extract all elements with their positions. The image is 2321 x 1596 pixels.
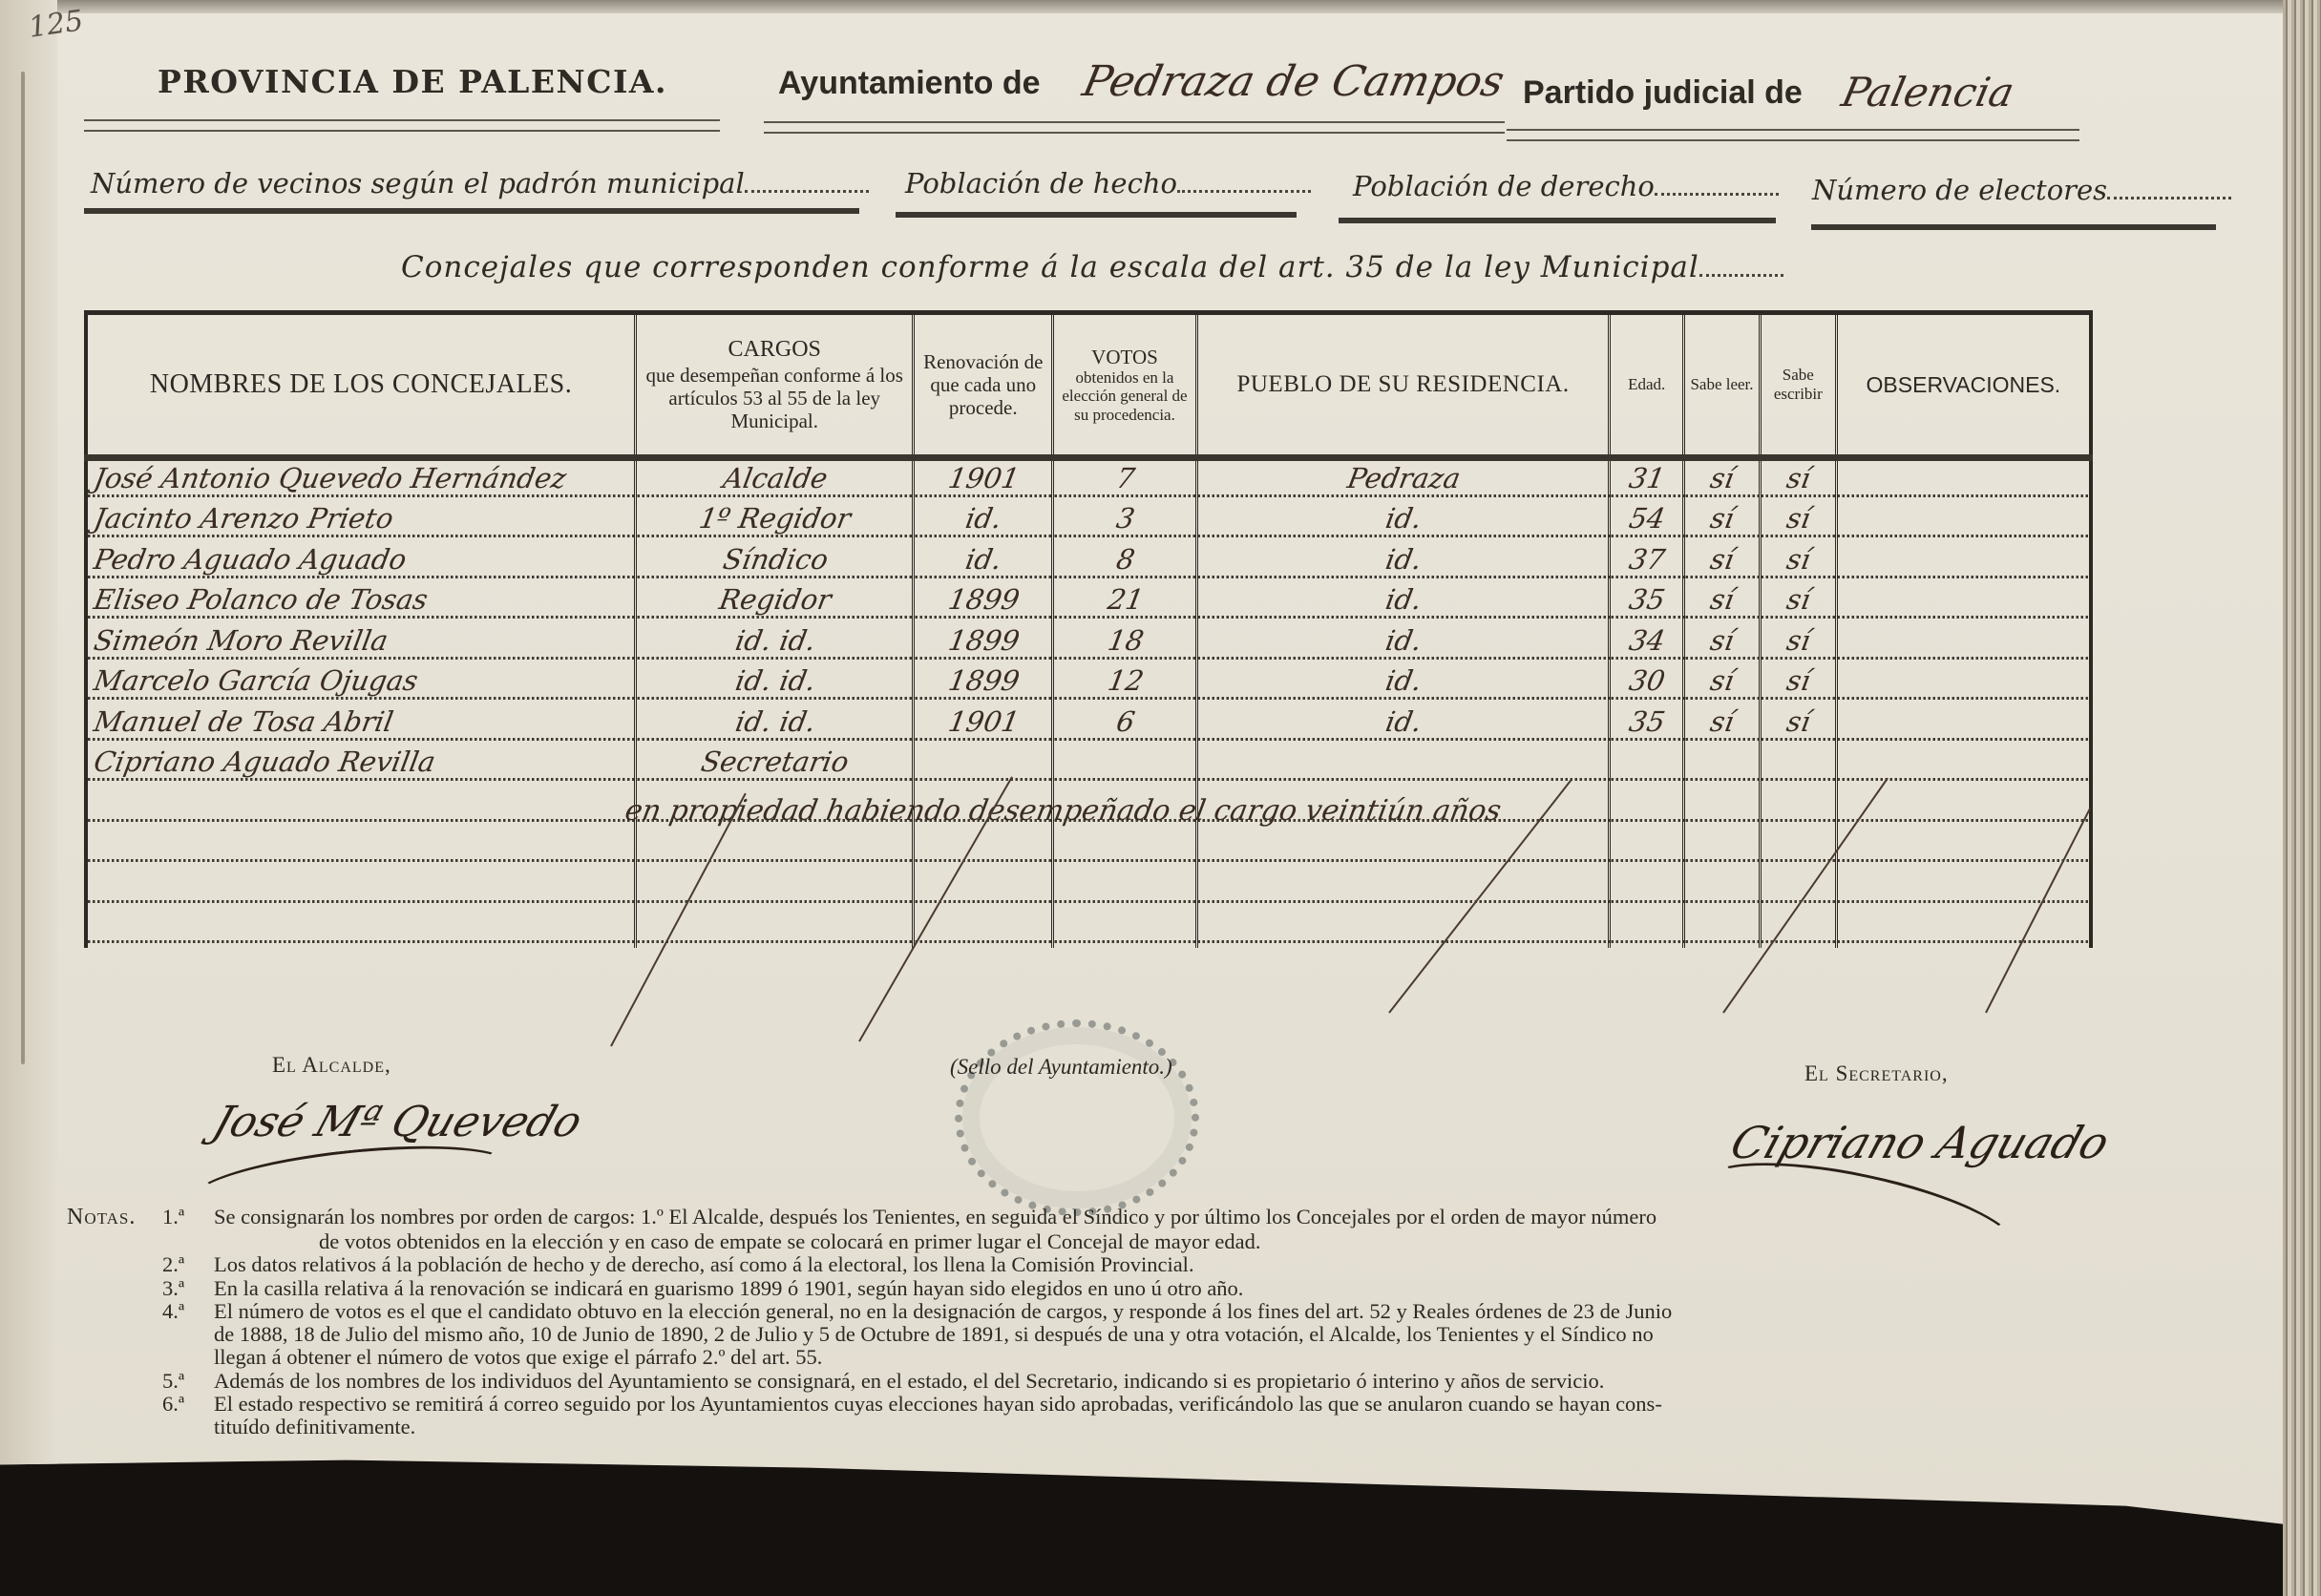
note-item: 6.ªEl estado respectivo se remitirá á co… — [67, 1393, 2234, 1416]
col-header-renovacion: Renovación de que cada uno procede. — [914, 313, 1053, 458]
cell-renovacion — [914, 908, 1053, 949]
partido-judicial-value: Palencia — [1838, 69, 2018, 115]
renovacion-value: 1901 — [944, 462, 1022, 502]
renovacion-value: 1901 — [944, 705, 1022, 745]
cell-observaciones — [1836, 786, 2091, 827]
cell-renovacion — [914, 867, 1053, 908]
edad-value: 34 — [1626, 624, 1668, 664]
pueblo-value — [1403, 935, 1403, 943]
escribir-value — [1798, 773, 1799, 781]
cargo-value: id. id. — [731, 624, 818, 664]
cell-cargo: Regidor — [636, 583, 914, 624]
pueblo-value: id. — [1382, 664, 1424, 704]
electores-field: Número de electores — [1812, 174, 2231, 206]
edad-value: 30 — [1626, 664, 1668, 704]
note-item: 5.ªAdemás de los nombres de los individu… — [67, 1370, 2234, 1393]
nombre-value: Eliseo Polanco de Tosas — [90, 583, 430, 623]
observaciones-value — [1843, 935, 1844, 943]
notes-label-spacer — [67, 1277, 162, 1300]
votos-value: 3 — [1112, 502, 1137, 542]
votos-value: 7 — [1112, 462, 1137, 502]
vecinos-label: Número de vecinos según el padrón munici… — [91, 167, 745, 199]
cell-edad — [1610, 908, 1684, 949]
nombre-value — [93, 895, 94, 903]
cell-pueblo: id. — [1196, 583, 1609, 624]
binding-margin — [0, 0, 57, 1527]
table-row — [86, 867, 2091, 908]
table-row: Jacinto Arenzo Prieto1º Regidorid.3id.54… — [86, 502, 2091, 543]
cell-escribir: sí — [1760, 458, 1836, 502]
alcalde-signature: José Mª Quevedo — [207, 1098, 588, 1146]
nombre-value: Manuel de Tosa Abril — [90, 705, 395, 745]
cell-votos: 18 — [1053, 623, 1197, 664]
poblacion-derecho-value — [1655, 193, 1779, 196]
cell-escribir: sí — [1760, 502, 1836, 543]
escribir-value: sí — [1783, 502, 1814, 542]
renovacion-value — [982, 895, 983, 903]
cell-nombre: Eliseo Polanco de Tosas — [86, 583, 636, 624]
leer-value: sí — [1707, 543, 1738, 583]
observaciones-value — [1843, 611, 1844, 619]
cell-escribir — [1760, 827, 1836, 868]
cell-escribir — [1760, 867, 1836, 908]
col-header-observaciones: OBSERVACIONES. — [1836, 313, 2091, 458]
cell-votos: 7 — [1053, 458, 1197, 502]
votos-value: 12 — [1104, 664, 1146, 704]
cell-escribir: sí — [1760, 704, 1836, 745]
cell-cargo: Síndico — [636, 542, 914, 583]
ayuntamiento-seal — [955, 1019, 1199, 1216]
escribir-value — [1798, 935, 1799, 943]
cell-votos — [1053, 827, 1197, 868]
votos-value: 8 — [1112, 543, 1137, 583]
secretario-signature: Cipriano Aguado — [1724, 1117, 2116, 1168]
observaciones-value — [1843, 490, 1844, 497]
cell-edad: 34 — [1610, 623, 1684, 664]
cell-nombre: José Antonio Quevedo Hernández — [86, 458, 636, 502]
note-number: 5.ª — [162, 1370, 214, 1393]
pueblo-value: id. — [1382, 502, 1424, 542]
table-row — [86, 827, 2091, 868]
cell-edad: 31 — [1610, 458, 1684, 502]
col-header-sabe-escribir: Sabe escribir — [1760, 313, 1836, 458]
cell-votos: 8 — [1053, 542, 1197, 583]
nombre-value: Marcelo García Ojugas — [90, 664, 420, 704]
col-header-votos: VOTOS obtenidos en la elección general d… — [1053, 313, 1197, 458]
cell-pueblo — [1196, 745, 1609, 787]
cargo-value — [774, 935, 775, 943]
cell-observaciones — [1836, 827, 2091, 868]
cargo-value: id. id. — [731, 705, 818, 745]
concejales-table: NOMBRES DE LOS CONCEJALES. CARGOS que de… — [84, 310, 2093, 948]
leer-value: sí — [1707, 705, 1738, 745]
field-rule-4 — [1811, 224, 2216, 230]
cargo-value: Alcalde — [719, 462, 830, 502]
observaciones-value — [1843, 530, 1844, 537]
escribir-value — [1798, 854, 1799, 862]
binding-thread — [21, 72, 25, 1064]
col-header-pueblo: PUEBLO DE SU RESIDENCIA. — [1196, 313, 1609, 458]
cell-pueblo: id. — [1196, 664, 1609, 705]
escribir-value: sí — [1783, 705, 1814, 745]
cell-observaciones — [1836, 908, 2091, 949]
partido-judicial-label: Partido judicial de — [1523, 74, 1803, 112]
cell-nombre — [86, 786, 636, 827]
observaciones-value — [1843, 895, 1844, 903]
cell-renovacion: 1901 — [914, 458, 1053, 502]
cell-edad: 37 — [1610, 542, 1684, 583]
cell-votos: 12 — [1053, 664, 1197, 705]
cell-cargo: id. id. — [636, 664, 914, 705]
votos-value — [1124, 895, 1125, 903]
cell-edad: 30 — [1610, 664, 1684, 705]
leer-value: sí — [1707, 664, 1738, 704]
cargos-subtitle: que desempeñan conforme á los artículos … — [641, 364, 908, 432]
cell-cargo — [636, 867, 914, 908]
col-header-nombres: NOMBRES DE LOS CONCEJALES. — [86, 313, 636, 458]
field-rule-2 — [896, 212, 1297, 218]
cell-cargo: Secretario — [636, 745, 914, 787]
edad-value: 37 — [1626, 543, 1668, 583]
note-continuation: llegan á obtener el número de votos que … — [67, 1346, 2234, 1369]
cell-renovacion: 1899 — [914, 623, 1053, 664]
cell-renovacion: 1899 — [914, 664, 1053, 705]
cell-votos: 3 — [1053, 502, 1197, 543]
notes-label-spacer — [67, 1300, 162, 1323]
cell-observaciones — [1836, 583, 2091, 624]
cell-renovacion: 1901 — [914, 704, 1053, 745]
notes-section: Notas.1.ªSe consignarán los nombres por … — [67, 1206, 2234, 1439]
escribir-value: sí — [1783, 583, 1814, 623]
electores-label: Número de electores — [1812, 174, 2107, 206]
nombre-value — [93, 854, 94, 862]
leer-value: sí — [1707, 624, 1738, 664]
edad-value — [1646, 854, 1647, 862]
alcalde-label: El Alcalde, — [272, 1053, 391, 1078]
note-number: 1.ª — [162, 1206, 214, 1230]
cell-votos — [1053, 867, 1197, 908]
cell-observaciones — [1836, 502, 2091, 543]
table-row: José Antonio Quevedo HernándezAlcalde190… — [86, 458, 2091, 502]
cell-nombre: Simeón Moro Revilla — [86, 623, 636, 664]
cell-observaciones — [1836, 745, 2091, 787]
cell-pueblo — [1196, 908, 1609, 949]
electores-value — [2107, 197, 2231, 199]
page-top-edge — [0, 0, 2321, 13]
nombre-value — [93, 935, 94, 943]
cell-observaciones — [1836, 704, 2091, 745]
cell-escribir: sí — [1760, 664, 1836, 705]
notes-label-spacer — [67, 1370, 162, 1393]
note-continuation: de votos obtenidos en la elección y en c… — [67, 1230, 2234, 1253]
leer-value — [1721, 814, 1722, 822]
nombre-value: Cipriano Aguado Revilla — [90, 745, 437, 786]
cell-observaciones — [1836, 458, 2091, 502]
notes-label: Notas. — [67, 1206, 162, 1230]
renovacion-value: 1899 — [944, 664, 1022, 704]
col-header-edad: Edad. — [1610, 313, 1684, 458]
edad-value — [1646, 895, 1647, 903]
votos-value: 21 — [1104, 583, 1146, 623]
table-row: Manuel de Tosa Abrilid. id.19016id.35sís… — [86, 704, 2091, 745]
cell-edad — [1610, 786, 1684, 827]
cell-leer: sí — [1684, 704, 1761, 745]
votos-title: VOTOS — [1058, 346, 1192, 368]
edad-value: 31 — [1626, 462, 1668, 502]
note-continuation: tituído definitivamente. — [67, 1416, 2234, 1438]
pueblo-value — [1403, 854, 1403, 862]
leer-value — [1721, 854, 1722, 862]
leer-value — [1721, 773, 1722, 781]
poblacion-derecho-label: Población de derecho — [1353, 170, 1655, 202]
cell-leer: sí — [1684, 623, 1761, 664]
pueblo-value: id. — [1382, 543, 1424, 583]
note-number: 4.ª — [162, 1300, 214, 1323]
escribir-value: sí — [1783, 664, 1814, 704]
cargo-value: Regidor — [715, 583, 833, 623]
cargo-value — [774, 895, 775, 903]
col-header-sabe-leer: Sabe leer. — [1684, 313, 1761, 458]
edad-value — [1646, 773, 1647, 781]
votos-value: 18 — [1104, 624, 1146, 664]
ayuntamiento-label: Ayuntamiento de — [778, 65, 1041, 102]
nombre-value: Simeón Moro Revilla — [90, 624, 390, 664]
note-item: 4.ªEl número de votos es el que el candi… — [67, 1300, 2234, 1323]
note-text: Además de los nombres de los individuos … — [214, 1370, 2234, 1393]
cell-pueblo: id. — [1196, 542, 1609, 583]
cell-leer — [1684, 827, 1761, 868]
cell-renovacion — [914, 827, 1053, 868]
cell-leer — [1684, 745, 1761, 787]
cell-edad — [1610, 827, 1684, 868]
cell-pueblo: Pedraza — [1196, 458, 1609, 502]
cell-leer — [1684, 786, 1761, 827]
cell-nombre — [86, 908, 636, 949]
note-continuation: de 1888, 18 de Julio del mismo año, 10 d… — [67, 1323, 2234, 1346]
votos-value — [1124, 935, 1125, 943]
cell-votos — [1053, 908, 1197, 949]
ayuntamiento-value: Pedraza de Campos — [1079, 57, 1509, 106]
caption-text: Concejales que corresponden conforme á l… — [401, 250, 1699, 284]
field-rule-1 — [84, 208, 859, 214]
note-text: El estado respectivo se remitirá á corre… — [214, 1393, 2234, 1416]
header-rule-2 — [764, 121, 1505, 134]
note-item: Notas.1.ªSe consignarán los nombres por … — [67, 1206, 2234, 1230]
note-item: 3.ªEn la casilla relativa á la renovació… — [67, 1277, 2234, 1300]
poblacion-hecho-label: Población de hecho — [905, 167, 1177, 199]
cargo-value: 1º Regidor — [696, 502, 854, 542]
cell-cargo: Alcalde — [636, 458, 914, 502]
cargos-title: CARGOS — [641, 337, 908, 364]
col-header-cargos: CARGOS que desempeñan conforme á los art… — [636, 313, 914, 458]
note-text: Se consignarán los nombres por orden de … — [214, 1206, 2234, 1230]
table-body: José Antonio Quevedo HernándezAlcalde190… — [86, 458, 2091, 949]
header-rule-1 — [84, 119, 720, 132]
cell-escribir — [1760, 745, 1836, 787]
cell-escribir — [1760, 786, 1836, 827]
cell-observaciones — [1836, 664, 2091, 705]
cell-edad — [1610, 745, 1684, 787]
observaciones-value — [1843, 733, 1844, 741]
secretario-service-note: en propiedad habiendo desempeñado el car… — [622, 794, 1504, 828]
pueblo-value: id. — [1382, 624, 1424, 664]
votos-subtitle: obtenidos en la elección general de su p… — [1058, 368, 1192, 425]
cell-nombre — [86, 827, 636, 868]
table-row: Marcelo García Ojugasid. id.189912id.30s… — [86, 664, 2091, 705]
cell-pueblo: id. — [1196, 502, 1609, 543]
cell-observaciones — [1836, 867, 2091, 908]
cell-renovacion: id. — [914, 542, 1053, 583]
field-rule-3 — [1339, 218, 1776, 223]
provincia-title: PROVINCIA DE PALENCIA. — [158, 63, 667, 100]
note-text: Los datos relativos á la población de he… — [214, 1253, 2234, 1276]
renovacion-value — [982, 854, 983, 862]
leer-value: sí — [1707, 583, 1738, 623]
observaciones-value — [1843, 692, 1844, 700]
nombre-value: Pedro Aguado Aguado — [90, 543, 409, 583]
escribir-value: sí — [1783, 624, 1814, 664]
document-page: 125 PROVINCIA DE PALENCIA. Ayuntamiento … — [0, 0, 2310, 1527]
leer-value: sí — [1707, 462, 1738, 502]
note-item: 2.ªLos datos relativos á la población de… — [67, 1253, 2234, 1276]
cell-cargo — [636, 827, 914, 868]
notes-label-spacer — [67, 1253, 162, 1276]
leer-value — [1721, 895, 1722, 903]
cell-renovacion — [914, 745, 1053, 787]
cell-leer: sí — [1684, 502, 1761, 543]
cell-edad — [1610, 867, 1684, 908]
cell-pueblo — [1196, 827, 1609, 868]
cell-renovacion: 1899 — [914, 583, 1053, 624]
note-text: El número de votos es el que el candidat… — [214, 1300, 2234, 1323]
note-number: 6.ª — [162, 1393, 214, 1416]
concejales-caption: Concejales que corresponden conforme á l… — [401, 250, 1783, 284]
poblacion-hecho-value — [1177, 190, 1311, 193]
observaciones-value — [1843, 652, 1844, 660]
header-rule-3 — [1507, 129, 2079, 141]
pueblo-value — [1403, 895, 1403, 903]
nombre-value — [93, 814, 94, 822]
renovacion-value: 1899 — [944, 624, 1022, 664]
vecinos-field: Número de vecinos según el padrón munici… — [91, 167, 869, 199]
votos-value: 6 — [1112, 705, 1137, 745]
cell-renovacion: id. — [914, 502, 1053, 543]
table-row: Eliseo Polanco de TosasRegidor189921id.3… — [86, 583, 2091, 624]
renovacion-value: id. — [962, 543, 1004, 583]
cell-pueblo: id. — [1196, 704, 1609, 745]
cell-observaciones — [1836, 623, 2091, 664]
cell-leer — [1684, 908, 1761, 949]
secretario-label: El Secretario, — [1804, 1061, 1949, 1086]
pueblo-value: id. — [1382, 705, 1424, 745]
table-row: Cipriano Aguado RevillaSecretario — [86, 745, 2091, 787]
cell-edad: 35 — [1610, 583, 1684, 624]
cell-nombre: Marcelo García Ojugas — [86, 664, 636, 705]
sello-label: (Sello del Ayuntamiento.) — [950, 1055, 1172, 1080]
pueblo-value: Pedraza — [1343, 462, 1463, 502]
note-number: 3.ª — [162, 1277, 214, 1300]
cell-leer: sí — [1684, 583, 1761, 624]
cell-cargo — [636, 908, 914, 949]
caption-dots — [1699, 274, 1783, 277]
edad-value: 35 — [1626, 583, 1668, 623]
cell-edad: 35 — [1610, 704, 1684, 745]
vecinos-value — [745, 190, 869, 193]
cell-votos: 6 — [1053, 704, 1197, 745]
pueblo-value — [1403, 773, 1403, 781]
cell-edad: 54 — [1610, 502, 1684, 543]
cell-cargo: 1º Regidor — [636, 502, 914, 543]
cell-leer: sí — [1684, 542, 1761, 583]
votos-value — [1124, 773, 1125, 781]
cargo-value: id. id. — [731, 664, 818, 704]
escribir-value: sí — [1783, 462, 1814, 502]
renovacion-value: id. — [962, 502, 1004, 542]
cargo-value: Secretario — [698, 745, 852, 786]
cell-cargo: id. id. — [636, 704, 914, 745]
cell-nombre: Manuel de Tosa Abril — [86, 704, 636, 745]
renovacion-value — [982, 935, 983, 943]
table-row: Simeón Moro Revillaid. id.189918id.34sís… — [86, 623, 2091, 664]
cell-pueblo: id. — [1196, 623, 1609, 664]
page-stack-edge — [2283, 0, 2321, 1596]
cell-cargo: id. id. — [636, 623, 914, 664]
note-text: En la casilla relativa á la renovación s… — [214, 1277, 2234, 1300]
note-number: 2.ª — [162, 1253, 214, 1276]
cell-leer: sí — [1684, 458, 1761, 502]
edad-value — [1646, 935, 1647, 943]
nombre-value: Jacinto Arenzo Prieto — [90, 502, 395, 542]
cell-escribir: sí — [1760, 542, 1836, 583]
cell-votos — [1053, 745, 1197, 787]
cell-nombre: Cipriano Aguado Revilla — [86, 745, 636, 787]
leer-value — [1721, 935, 1722, 943]
cell-leer: sí — [1684, 664, 1761, 705]
folio-number: 125 — [27, 4, 86, 45]
observaciones-value — [1843, 773, 1844, 781]
cell-leer — [1684, 867, 1761, 908]
poblacion-derecho-field: Población de derecho — [1353, 170, 1779, 202]
nombre-value: José Antonio Quevedo Hernández — [90, 462, 568, 502]
cell-escribir: sí — [1760, 623, 1836, 664]
renovacion-value — [982, 773, 983, 781]
observaciones-value — [1843, 854, 1844, 862]
cargo-value — [774, 854, 775, 862]
cell-nombre: Jacinto Arenzo Prieto — [86, 502, 636, 543]
votos-value — [1124, 854, 1125, 862]
cell-escribir: sí — [1760, 583, 1836, 624]
edad-value: 54 — [1626, 502, 1668, 542]
pueblo-value: id. — [1382, 583, 1424, 623]
table-header-row: NOMBRES DE LOS CONCEJALES. CARGOS que de… — [86, 313, 2091, 458]
cell-nombre — [86, 867, 636, 908]
escribir-value: sí — [1783, 543, 1814, 583]
observaciones-value — [1843, 814, 1844, 822]
cell-nombre: Pedro Aguado Aguado — [86, 542, 636, 583]
leer-value: sí — [1707, 502, 1738, 542]
cell-votos: 21 — [1053, 583, 1197, 624]
cell-observaciones — [1836, 542, 2091, 583]
cell-pueblo — [1196, 867, 1609, 908]
cargo-value: Síndico — [719, 543, 831, 583]
observaciones-value — [1843, 571, 1844, 578]
edad-value — [1646, 814, 1647, 822]
table-row: Pedro Aguado AguadoSíndicoid.8id.37sísí — [86, 542, 2091, 583]
notes-label-spacer — [67, 1393, 162, 1416]
renovacion-value: 1899 — [944, 583, 1022, 623]
escribir-value — [1798, 814, 1799, 822]
edad-value: 35 — [1626, 705, 1668, 745]
